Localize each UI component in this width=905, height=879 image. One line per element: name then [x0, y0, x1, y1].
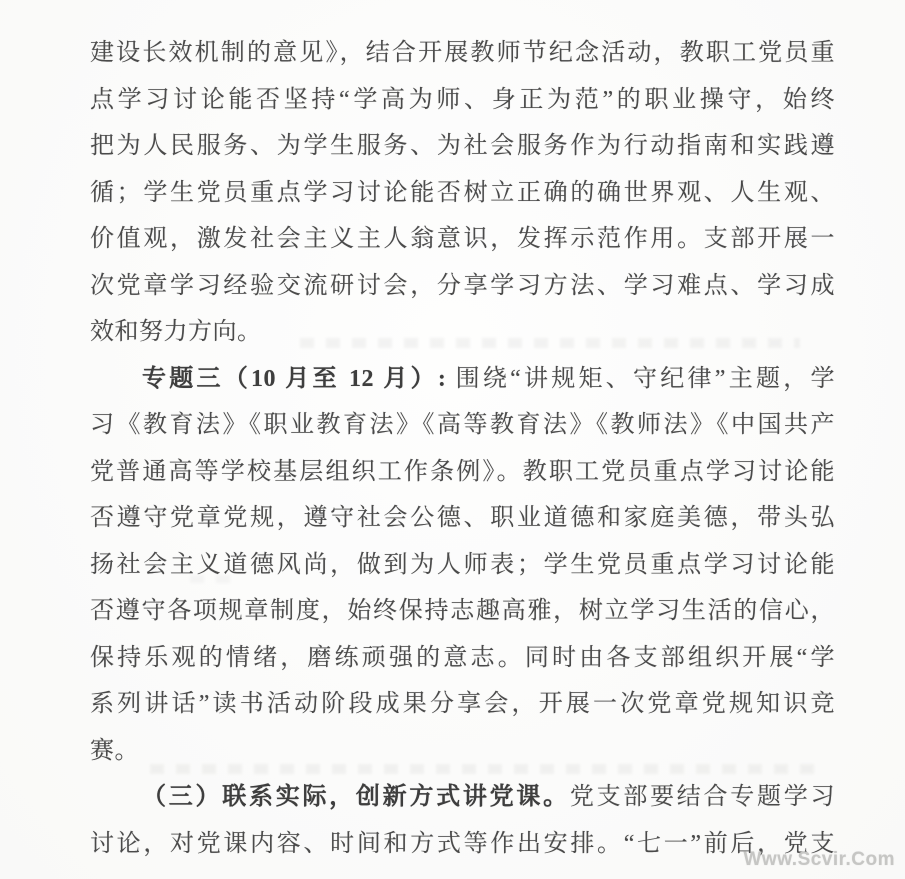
- text-line: 习《教育法》《职业教育法》《高等教育法》《教师法》《中国共产: [90, 402, 835, 449]
- body-text: 围绕“讲规矩、守纪律”主题，学: [456, 366, 835, 392]
- body-text: 把为人民服务、为学生服务、为社会服务作为行动指南和实践遵: [90, 133, 835, 159]
- body-text: 讨论，对党课内容、时间和方式等作出安排。“七一”前后，党支: [90, 831, 835, 857]
- site-watermark: Www.Scvir.Com: [744, 849, 896, 871]
- text-line: 否遵守各项规章制度，始终保持志趣高雅，树立学习生活的信心，: [90, 588, 835, 635]
- document-text-block: 建设长效机制的意见》，结合开展教师节纪念活动，教职工党员重点学习讨论能否坚持“学…: [90, 30, 835, 867]
- text-line: 次党章学习经验交流研讨会，分享学习方法、学习难点、学习成: [90, 263, 835, 310]
- bold-lead-text: （三）联系实际，创新方式讲党课。: [142, 784, 570, 810]
- body-text: 习《教育法》《职业教育法》《高等教育法》《教师法》《中国共产: [90, 412, 835, 438]
- text-line: 循；学生党员重点学习讨论能否树立正确的确世界观、人生观、: [90, 170, 835, 217]
- body-text: 党支部要结合专题学习: [570, 784, 835, 810]
- body-text: 建设长效机制的意见》，结合开展教师节纪念活动，教职工党员重: [90, 40, 835, 66]
- body-text: 循；学生党员重点学习讨论能否树立正确的确世界观、人生观、: [90, 180, 835, 206]
- text-line: 保持乐观的情绪，磨练顽强的意志。同时由各支部组织开展“学: [90, 635, 835, 682]
- text-line: （三）联系实际，创新方式讲党课。党支部要结合专题学习: [90, 774, 835, 821]
- body-text: 点学习讨论能否坚持“学高为师、身正为范”的职业操守，始终: [90, 87, 835, 113]
- body-text: 保持乐观的情绪，磨练顽强的意志。同时由各支部组织开展“学: [90, 645, 835, 671]
- bold-lead-text: 专题三（10 月至 12 月）:: [142, 366, 456, 392]
- body-text: 价值观，激发社会主义主人翁意识，发挥示范作用。支部开展一: [90, 226, 835, 252]
- body-text: 次党章学习经验交流研讨会，分享学习方法、学习难点、学习成: [90, 273, 835, 299]
- text-line: 赛。: [90, 728, 835, 775]
- text-line: 点学习讨论能否坚持“学高为师、身正为范”的职业操守，始终: [90, 77, 835, 124]
- body-text: 党普通高等学校基层组织工作条例》。教职工党员重点学习讨论能: [90, 459, 835, 485]
- text-line: 党普通高等学校基层组织工作条例》。教职工党员重点学习讨论能: [90, 449, 835, 496]
- text-line: 扬社会主义道德风尚，做到为人师表；学生党员重点学习讨论能: [90, 542, 835, 589]
- text-line: 讨论，对党课内容、时间和方式等作出安排。“七一”前后，党支: [90, 821, 835, 868]
- text-line: 效和努力方向。: [90, 309, 835, 356]
- text-line: 专题三（10 月至 12 月）: 围绕“讲规矩、守纪律”主题，学: [90, 356, 835, 403]
- text-line: 否遵守党章党规，遵守社会公德、职业道德和家庭美德，带头弘: [90, 495, 835, 542]
- text-line: 把为人民服务、为学生服务、为社会服务作为行动指南和实践遵: [90, 123, 835, 170]
- text-line: 系列讲话”读书活动阶段成果分享会，开展一次党章党规知识竞: [90, 681, 835, 728]
- scanned-document-page: 建设长效机制的意见》，结合开展教师节纪念活动，教职工党员重点学习讨论能否坚持“学…: [0, 0, 905, 879]
- body-text: 赛。: [90, 738, 139, 764]
- body-text: 系列讲话”读书活动阶段成果分享会，开展一次党章党规知识竞: [90, 691, 835, 717]
- body-text: 效和努力方向。: [90, 319, 262, 345]
- body-text: 否遵守各项规章制度，始终保持志趣高雅，树立学习生活的信心，: [90, 598, 835, 624]
- text-line: 建设长效机制的意见》，结合开展教师节纪念活动，教职工党员重: [90, 30, 835, 77]
- body-text: 扬社会主义道德风尚，做到为人师表；学生党员重点学习讨论能: [90, 552, 835, 578]
- text-line: 价值观，激发社会主义主人翁意识，发挥示范作用。支部开展一: [90, 216, 835, 263]
- body-text: 否遵守党章党规，遵守社会公德、职业道德和家庭美德，带头弘: [90, 505, 835, 531]
